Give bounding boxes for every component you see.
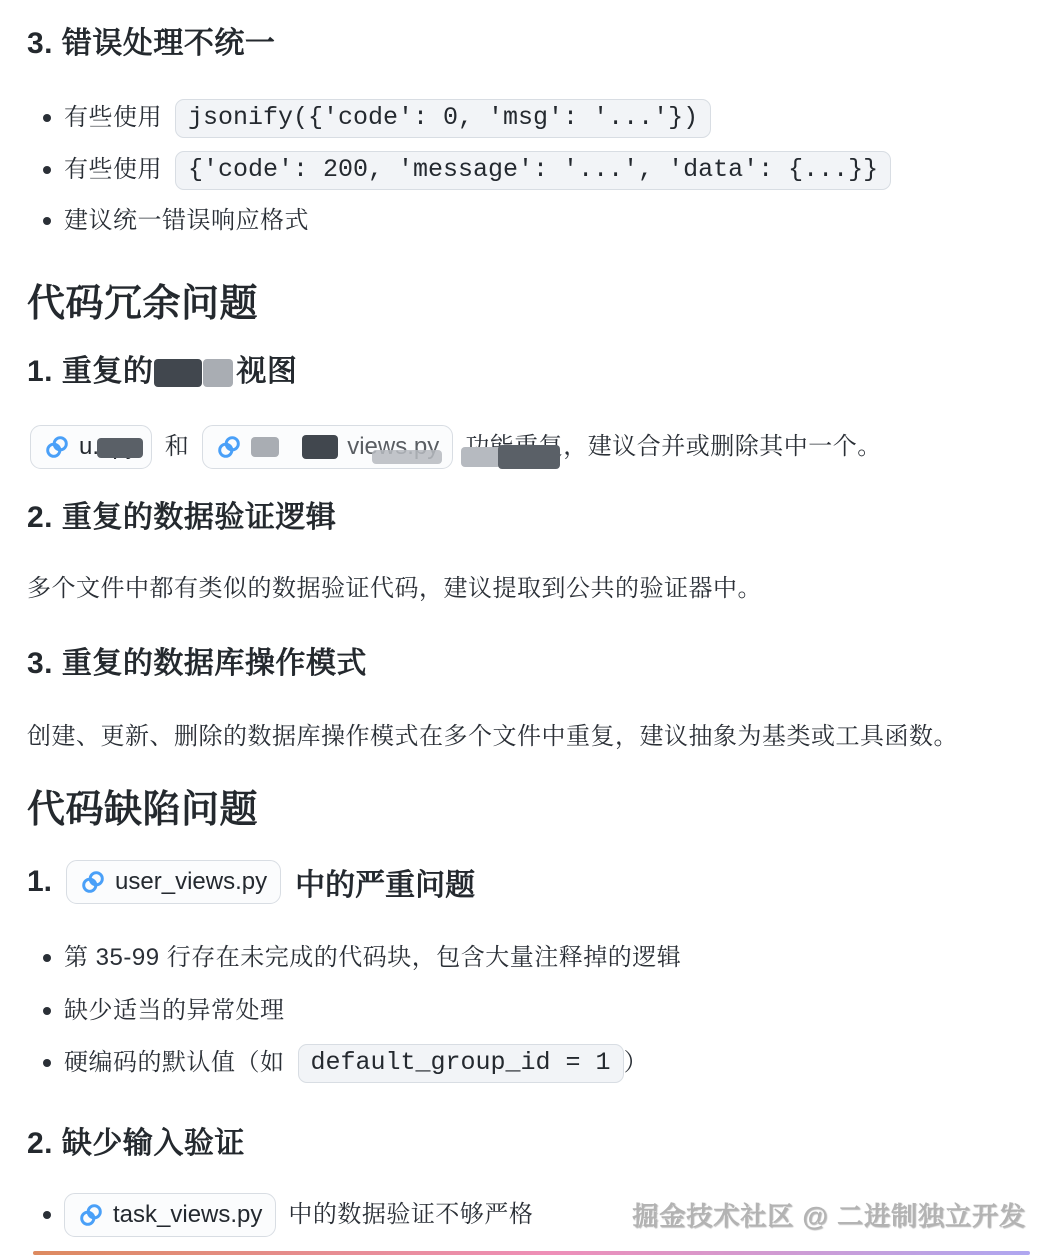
bullet-text: 有些使用 (64, 101, 162, 135)
bullet-text: 缺少适当的异常处理 (64, 994, 285, 1028)
subheading-text-pre: 1. 重复的 (27, 355, 153, 388)
list-item: 第 35-99 行存在未完成的代码块，包含大量注释掉的逻辑 (27, 940, 681, 976)
bullet-dot (43, 1211, 51, 1219)
inline-code: jsonify({'code': 0, 'msg': '...'}) (175, 99, 711, 138)
heading-number: 1. (27, 865, 52, 899)
watermark: 掘金技术社区 @ 二进制独立开发 (632, 1196, 1026, 1233)
link-icon (44, 434, 70, 460)
inline-code: {'code': 200, 'message': '...', 'data': … (175, 151, 891, 190)
subheading-missing-input-validation: 2. 缺少输入验证 (27, 1124, 245, 1163)
paragraph-text: 创建、更新、删除的数据库操作模式在多个文件中重复，建议抽象为基类或工具函数。 (27, 720, 958, 754)
subheading-duplicate-validation: 2. 重复的数据验证逻辑 (27, 498, 336, 537)
redaction-block (251, 437, 279, 457)
file-link-chip[interactable]: user_views.py (66, 860, 281, 904)
masked-text-wrap: 功能重复 (465, 430, 563, 464)
list-item: 硬编码的默认值（如 default_group_id = 1 ） (27, 1042, 648, 1084)
list-item: 有些使用 jsonify({'code': 0, 'msg': '...'}) (27, 97, 711, 139)
section-heading-error-handling: 3. 错误处理不统一 (27, 24, 275, 63)
file-link-label: task_views.py (113, 1201, 262, 1229)
redaction-block (302, 435, 338, 459)
bullet-text: 硬编码的默认值（如 (64, 1046, 285, 1080)
bullet-dot (43, 217, 51, 225)
redaction-blob (461, 447, 501, 467)
bullet-text-suffix: ） (624, 1046, 649, 1080)
file-link-label: user_views.py (115, 868, 267, 896)
list-item: 有些使用 {'code': 200, 'message': '...', 'da… (27, 149, 891, 191)
redaction-blob (97, 438, 143, 458)
bullet-dot (43, 1059, 51, 1067)
paragraph-text: ，建议合并或删除其中一个。 (563, 430, 882, 464)
subheading-duplicate-db-pattern: 3. 重复的数据库操作模式 (27, 644, 367, 683)
subheading-text-post: 视图 (236, 355, 297, 388)
section-heading-code-redundancy: 代码冗余问题 (27, 282, 258, 328)
heading-text: 中的严重问题 (295, 860, 475, 904)
file-link-chip[interactable]: u...py (30, 425, 152, 469)
document-page: 3. 错误处理不统一 有些使用 jsonify({'code': 0, 'msg… (0, 0, 1052, 1256)
bullet-dot (43, 114, 51, 122)
bullet-text: 中的数据验证不够严格 (288, 1198, 533, 1232)
file-link-chip[interactable]: views.py (202, 425, 453, 469)
inline-code: default_group_id = 1 (298, 1044, 624, 1083)
subheading-user-views-issues: 1. user_views.py 中的严重问题 (27, 856, 475, 908)
list-item: task_views.py 中的数据验证不够严格 (27, 1192, 533, 1238)
bullet-text: 建议统一错误响应格式 (64, 204, 309, 238)
redaction-blob (372, 450, 442, 464)
conjunction-text: 和 (165, 430, 190, 464)
link-icon (80, 869, 106, 895)
link-icon (78, 1202, 104, 1228)
list-item: 建议统一错误响应格式 (27, 203, 309, 239)
paragraph-duplicate-views: u...py 和 views.py 功能重复 ，建议合并或删除其中一个。 (30, 424, 882, 470)
bullet-text: 第 35-99 行存在未完成的代码块，包含大量注释掉的逻辑 (64, 941, 681, 975)
redaction-block (154, 359, 202, 387)
bullet-dot (43, 1007, 51, 1015)
bullet-dot (43, 954, 51, 962)
bullet-text: 有些使用 (64, 153, 162, 187)
list-item: 缺少适当的异常处理 (27, 993, 285, 1029)
subheading-duplicate-views: 1. 重复的视图 (27, 352, 297, 391)
file-link-chip[interactable]: task_views.py (64, 1193, 276, 1237)
section-heading-code-defects: 代码缺陷问题 (27, 788, 258, 834)
gradient-divider (33, 1251, 1030, 1255)
redaction-block (203, 359, 233, 387)
bullet-dot (43, 166, 51, 174)
link-icon (216, 434, 242, 460)
paragraph-text: 多个文件中都有类似的数据验证代码，建议提取到公共的验证器中。 (27, 572, 762, 606)
redaction-blob (498, 445, 560, 469)
